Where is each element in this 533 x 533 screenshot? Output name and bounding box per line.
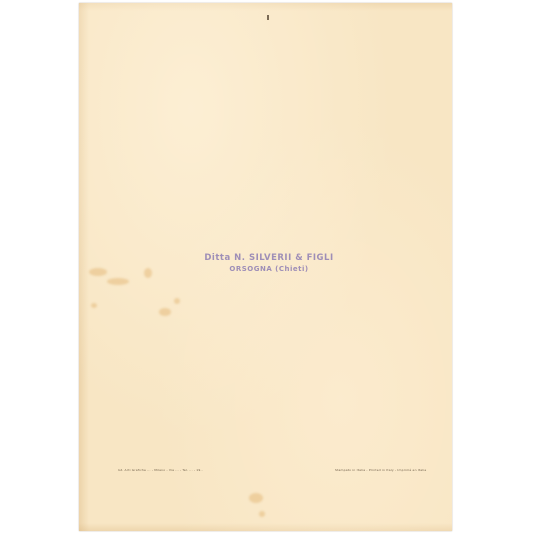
small-mark [267,15,269,20]
printer-imprint: Ist. Arti Grafiche ... - Milano - Via ..… [118,468,203,472]
foxing-spot [144,268,152,278]
foxing-spot [159,308,171,316]
paper-sheet: Ditta N. SILVERII & FIGLI ORSOGNA (Chiet… [79,3,452,531]
printed-in-italy-note: Stampato in Italia - Printed in Italy - … [335,468,426,472]
ink-stamp: Ditta N. SILVERII & FIGLI ORSOGNA (Chiet… [204,253,334,274]
foxing-spot [259,511,265,517]
stamp-company-name: Ditta N. SILVERII & FIGLI [204,253,334,264]
stamp-location: ORSOGNA (Chieti) [204,264,334,274]
foxing-spot [89,268,107,276]
foxing-spot [107,278,129,285]
foxing-spot [91,303,97,308]
foxing-spot [174,298,180,304]
foxing-spot [249,493,263,503]
